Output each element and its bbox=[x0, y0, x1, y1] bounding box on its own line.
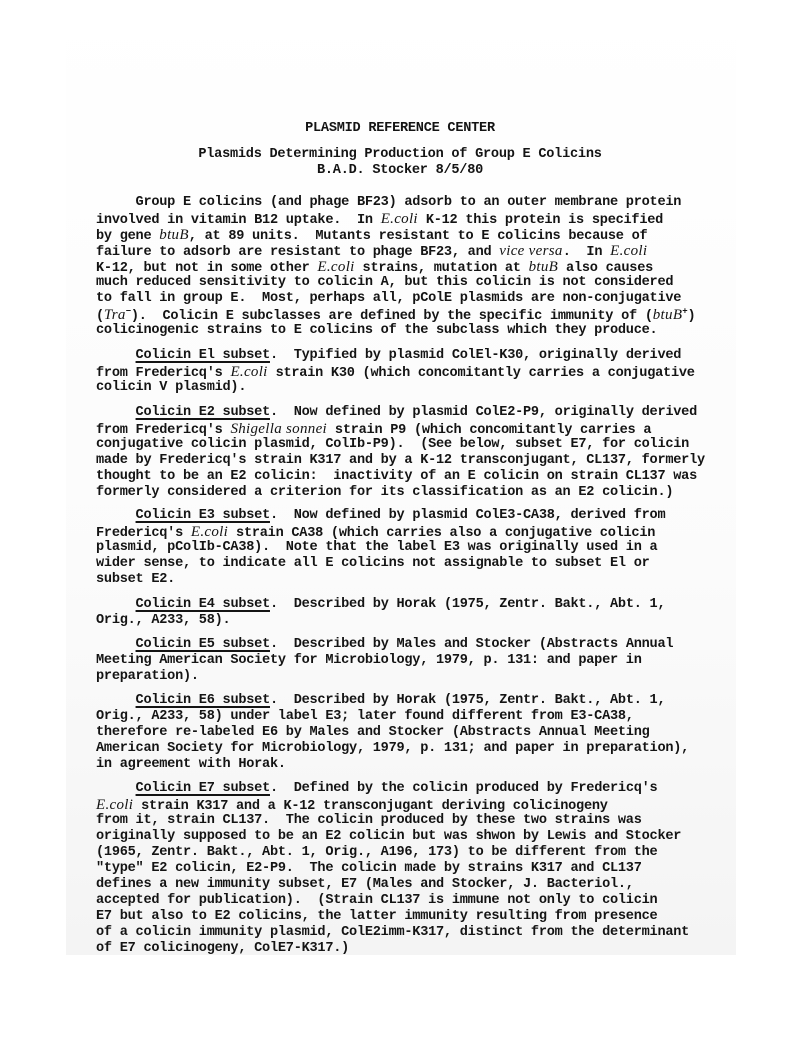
italic-term: E.coli bbox=[610, 243, 647, 259]
text-run: from Fredericq's bbox=[96, 423, 230, 438]
text-line: formerly considered a criterion for its … bbox=[96, 485, 673, 501]
text-run: Fredericq's bbox=[96, 526, 191, 541]
text-run: (1965, Zentr. Bakt., Abt. 1, Orig., A196… bbox=[96, 845, 657, 860]
text-run: colicinogenic strains to E colicins of t… bbox=[96, 323, 657, 338]
italic-term: Tra bbox=[104, 307, 126, 323]
text-run: K-12 this protein is specified bbox=[418, 213, 663, 228]
subset-heading: Colicin E3 subset bbox=[136, 508, 270, 523]
text-line: accepted for publication). (Strain CL137… bbox=[96, 893, 657, 909]
text-run: to fall in group E. Most, perhaps all, p… bbox=[96, 291, 681, 306]
text-run: strain K30 (which concomitantly carries … bbox=[268, 366, 695, 381]
text-line: Group E colicins (and phage BF23) adsorb… bbox=[96, 195, 681, 211]
text-line: wider sense, to indicate all E colicins … bbox=[96, 556, 650, 572]
text-run: American Society for Microbiology, 1979,… bbox=[96, 741, 689, 756]
text-run: defines a new immunity subset, E7 (Males… bbox=[96, 877, 634, 892]
text-run: colicin V plasmid). bbox=[96, 380, 246, 395]
text-line: of a colicin immunity plasmid, ColE2imm-… bbox=[96, 925, 689, 941]
text-run: . Described by Horak (1975, Zentr. Bakt.… bbox=[270, 597, 665, 612]
text-run: E7 but also to E2 colicins, the latter i… bbox=[96, 909, 657, 924]
italic-term: Shigella sonnei bbox=[230, 421, 327, 437]
text-line: colicin V plasmid). bbox=[96, 380, 246, 396]
text-run: conjugative colicin plasmid, ColIb-P9). … bbox=[96, 437, 689, 452]
text-run: plasmid, pColIb-CA38). Note that the lab… bbox=[96, 540, 657, 555]
text-run: Group E colicins (and phage BF23) adsorb… bbox=[96, 195, 681, 210]
text-line: therefore re-labeled E6 by Males and Sto… bbox=[96, 725, 650, 741]
text-run: strain CA38 (which carries also a conjug… bbox=[228, 526, 655, 541]
text-run: . In bbox=[563, 245, 610, 260]
subset-heading: Colicin E6 subset bbox=[136, 693, 270, 708]
text-line: American Society for Microbiology, 1979,… bbox=[96, 741, 689, 757]
text-run bbox=[96, 405, 136, 420]
text-run: strain K317 and a K-12 transconjugant de… bbox=[133, 799, 607, 814]
italic-term: E.coli bbox=[191, 524, 228, 540]
text-line: "type" E2 colicin, E2-P9. The colicin ma… bbox=[96, 861, 642, 877]
italic-term: E.coli bbox=[317, 259, 354, 275]
text-line: plasmid, pColIb-CA38). Note that the lab… bbox=[96, 540, 657, 556]
text-line: of E7 colicinogeny, ColE7-K317.) bbox=[96, 941, 349, 957]
text-line: in agreement with Horak. bbox=[96, 757, 286, 773]
text-line: E7 but also to E2 colicins, the latter i… bbox=[96, 909, 657, 925]
text-run: made by Fredericq's strain K317 and by a… bbox=[96, 453, 705, 468]
text-run: originally supposed to be an E2 colicin … bbox=[96, 829, 681, 844]
text-line: made by Fredericq's strain K317 and by a… bbox=[96, 453, 705, 469]
text-line: subset E2. bbox=[96, 572, 175, 588]
subset-heading: Colicin E2 subset bbox=[136, 405, 270, 420]
italic-term: vice versa bbox=[499, 243, 562, 259]
subset-heading: Colicin E5 subset bbox=[136, 637, 270, 652]
text-line: Colicin E5 subset. Described by Males an… bbox=[96, 637, 673, 653]
text-run: therefore re-labeled E6 by Males and Sto… bbox=[96, 725, 650, 740]
organization-heading: PLASMID REFERENCE CENTER bbox=[0, 121, 800, 137]
text-run: failure to adsorb are resistant to phage… bbox=[96, 245, 499, 260]
subset-heading: Colicin E7 subset bbox=[136, 781, 270, 796]
text-run bbox=[96, 508, 136, 523]
text-run: involved in vitamin B12 uptake. In bbox=[96, 213, 381, 228]
text-run: Meeting American Society for Microbiolog… bbox=[96, 653, 642, 668]
text-run: from it, strain CL137. The colicin produ… bbox=[96, 813, 642, 828]
text-run bbox=[96, 597, 136, 612]
text-line: Colicin E7 subset. Defined by the colici… bbox=[96, 781, 657, 797]
italic-term: btuB bbox=[529, 259, 559, 275]
text-run: from Fredericq's bbox=[96, 366, 230, 381]
italic-term: btuB bbox=[159, 227, 189, 243]
text-run: strains, mutation at bbox=[355, 261, 529, 276]
text-line: (1965, Zentr. Bakt., Abt. 1, Orig., A196… bbox=[96, 845, 657, 861]
text-run: . Described by Horak (1975, Zentr. Bakt.… bbox=[270, 693, 665, 708]
text-run: subset E2. bbox=[96, 572, 175, 587]
text-run: . Now defined by plasmid ColE2-P9, origi… bbox=[270, 405, 697, 420]
text-run: thought to be an E2 colicin: inactivity … bbox=[96, 469, 697, 484]
text-line: Colicin E6 subset. Described by Horak (1… bbox=[96, 693, 665, 709]
author-date-byline: B.A.D. Stocker 8/5/80 bbox=[0, 163, 800, 179]
text-run: strain P9 (which concomitantly carries a bbox=[327, 423, 651, 438]
text-line: Colicin E3 subset. Now defined by plasmi… bbox=[96, 508, 665, 524]
subset-heading: Colicin E4 subset bbox=[136, 597, 270, 612]
text-run: "type" E2 colicin, E2-P9. The colicin ma… bbox=[96, 861, 642, 876]
text-run bbox=[96, 781, 136, 796]
text-run bbox=[96, 637, 136, 652]
text-line: to fall in group E. Most, perhaps all, p… bbox=[96, 291, 681, 307]
text-line: preparation). bbox=[96, 669, 199, 685]
text-line: Colicin El subset. Typified by plasmid C… bbox=[96, 348, 681, 364]
text-run: Orig., A233, 58) under label E3; later f… bbox=[96, 709, 634, 724]
text-run bbox=[96, 693, 136, 708]
text-run: by gene bbox=[96, 229, 159, 244]
text-run: Orig., A233, 58). bbox=[96, 613, 230, 628]
text-run: wider sense, to indicate all E colicins … bbox=[96, 556, 650, 571]
text-line: thought to be an E2 colicin: inactivity … bbox=[96, 469, 697, 485]
text-run: . Now defined by plasmid ColE3-CA38, der… bbox=[270, 508, 665, 523]
text-line: Orig., A233, 58). bbox=[96, 613, 230, 629]
text-run: accepted for publication). (Strain CL137… bbox=[96, 893, 657, 908]
italic-term: E.coli bbox=[230, 364, 267, 380]
italic-term: E.coli bbox=[96, 797, 133, 813]
text-run: also causes bbox=[558, 261, 653, 276]
text-line: much reduced sensitivity to colicin A, b… bbox=[96, 275, 673, 291]
italic-term: btuB bbox=[653, 307, 683, 323]
text-line: Colicin E2 subset. Now defined by plasmi… bbox=[96, 405, 697, 421]
text-line: colicinogenic strains to E colicins of t… bbox=[96, 323, 657, 339]
document-title: Plasmids Determining Production of Group… bbox=[0, 147, 800, 163]
text-line: Colicin E4 subset. Described by Horak (1… bbox=[96, 597, 665, 613]
subset-heading: Colicin El subset bbox=[136, 348, 270, 363]
text-run: , at 89 units. Mutants resistant to E co… bbox=[189, 229, 648, 244]
text-line: originally supposed to be an E2 colicin … bbox=[96, 829, 681, 845]
text-run: much reduced sensitivity to colicin A, b… bbox=[96, 275, 673, 290]
text-line: from it, strain CL137. The colicin produ… bbox=[96, 813, 642, 829]
text-run: of a colicin immunity plasmid, ColE2imm-… bbox=[96, 925, 689, 940]
text-run: . Typified by plasmid ColEl-K30, origina… bbox=[270, 348, 681, 363]
text-line: conjugative colicin plasmid, ColIb-P9). … bbox=[96, 437, 689, 453]
text-run: preparation). bbox=[96, 669, 199, 684]
text-run: K-12, but not in some other bbox=[96, 261, 317, 276]
text-run: ). Colicin E subclasses are defined by t… bbox=[131, 309, 653, 324]
text-run: of E7 colicinogeny, ColE7-K317.) bbox=[96, 941, 349, 956]
text-run: in agreement with Horak. bbox=[96, 757, 286, 772]
text-line: defines a new immunity subset, E7 (Males… bbox=[96, 877, 634, 893]
text-line: Orig., A233, 58) under label E3; later f… bbox=[96, 709, 634, 725]
text-run: ) bbox=[687, 309, 695, 324]
text-run: ( bbox=[96, 309, 104, 324]
text-line: Meeting American Society for Microbiolog… bbox=[96, 653, 642, 669]
italic-term: E.coli bbox=[381, 211, 418, 227]
text-run bbox=[96, 348, 136, 363]
text-run: formerly considered a criterion for its … bbox=[96, 485, 673, 500]
text-run: . Defined by the colicin produced by Fre… bbox=[270, 781, 657, 796]
text-run: . Described by Males and Stocker (Abstra… bbox=[270, 637, 673, 652]
